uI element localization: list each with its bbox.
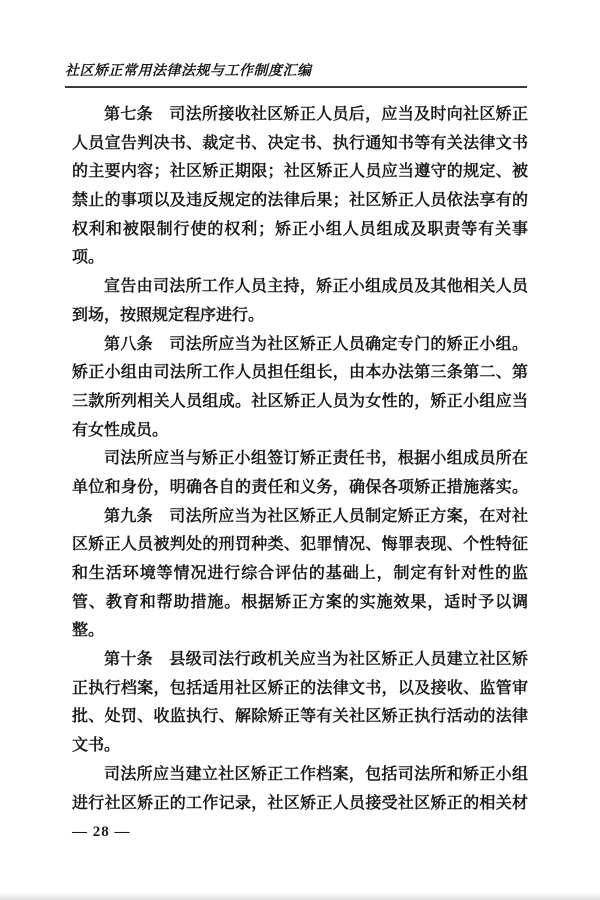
scanned-book-page: 社区矫正常用法律法规与工作制度汇编 第七条 司法所接收社区矫正人员后，应当及时向… <box>0 0 600 900</box>
scan-bottom-edge <box>0 892 600 900</box>
page-header: 社区矫正常用法律法规与工作制度汇编 <box>65 61 527 88</box>
text-line: 批、处罚、收监执行、解除矫正等有关社区矫正执行活动的法律 <box>72 703 528 732</box>
text-line: 第七条 司法所接收社区矫正人员后，应当及时向社区矫正 <box>72 101 528 130</box>
article-number-label: 第九条 <box>104 508 153 525</box>
text-line: 文书。 <box>72 732 528 761</box>
paragraph: 宣告由司法所工作人员主持，矫正小组成员及其他相关人员到场，按照规定程序进行。 <box>72 273 528 330</box>
text-line: 第九条 司法所应当为社区矫正人员制定矫正方案，在对社 <box>72 503 528 532</box>
text-line: 项。 <box>72 244 528 273</box>
text-line: 有女性成员。 <box>72 417 528 446</box>
text-line: 和生活环境等情况进行综合评估的基础上，制定有针对性的监 <box>72 560 528 589</box>
article-number-label: 第十条 <box>104 651 153 668</box>
text-line: 第十条 县级司法行政机关应当为社区矫正人员建立社区矫 <box>72 646 528 675</box>
text-line: 宣告由司法所工作人员主持，矫正小组成员及其他相关人员 <box>72 273 528 302</box>
text-line: 正执行档案，包括适用社区矫正的法律文书，以及接收、监管审 <box>72 675 528 704</box>
document-body: 第七条 司法所接收社区矫正人员后，应当及时向社区矫正人员宣告判决书、裁定书、决定… <box>72 101 528 818</box>
text-line: 区矫正人员被判处的刑罚种类、犯罪情况、悔罪表现、个性特征 <box>72 531 528 560</box>
text-line: 禁止的事项以及违反规定的法律后果；社区矫正人员依法享有的 <box>72 187 528 216</box>
text-line: 到场，按照规定程序进行。 <box>72 302 528 331</box>
article-number-label: 第八条 <box>104 336 153 353</box>
paragraph: 第七条 司法所接收社区矫正人员后，应当及时向社区矫正人员宣告判决书、裁定书、决定… <box>72 101 528 273</box>
paragraph: 第九条 司法所应当为社区矫正人员制定矫正方案，在对社区矫正人员被判处的刑罚种类、… <box>72 503 528 646</box>
paragraph: 第十条 县级司法行政机关应当为社区矫正人员建立社区矫正执行档案，包括适用社区矫正… <box>72 646 528 761</box>
text-line: 权利和被限制行使的权利；矫正小组人员组成及职责等有关事 <box>72 216 528 245</box>
text-line: 司法所应当建立社区矫正工作档案，包括司法所和矫正小组 <box>72 761 528 790</box>
text-line: 第八条 司法所应当为社区矫正人员确定专门的矫正小组。 <box>72 331 528 360</box>
text-line: 矫正小组由司法所工作人员担任组长，由本办法第三条第二、第 <box>72 359 528 388</box>
text-line: 管、教育和帮助措施。根据矫正方案的实施效果，适时予以调 <box>72 589 528 618</box>
running-head-book-title: 社区矫正常用法律法规与工作制度汇编 <box>65 61 527 82</box>
text-line: 的主要内容；社区矫正期限；社区矫正人员应当遵守的规定、被 <box>72 158 528 187</box>
paragraph: 司法所应当与矫正小组签订矫正责任书，根据小组成员所在单位和身份，明确各自的责任和… <box>72 445 528 502</box>
text-line: 单位和身份，明确各自的责任和义务，确保各项矫正措施落实。 <box>72 474 528 503</box>
text-line: 进行社区矫正的工作记录，社区矫正人员接受社区矫正的相关材 <box>72 790 528 819</box>
text-line: 人员宣告判决书、裁定书、决定书、执行通知书等有关法律文书 <box>72 130 528 159</box>
paragraph: 司法所应当建立社区矫正工作档案，包括司法所和矫正小组进行社区矫正的工作记录，社区… <box>72 761 528 818</box>
text-line: 三款所列相关人员组成。社区矫正人员为女性的，矫正小组应当 <box>72 388 528 417</box>
page-number: — 28 — <box>72 823 131 841</box>
article-number-label: 第七条 <box>104 106 153 123</box>
text-line: 整。 <box>72 617 528 646</box>
header-rule-divider <box>65 86 527 88</box>
paragraph: 第八条 司法所应当为社区矫正人员确定专门的矫正小组。矫正小组由司法所工作人员担任… <box>72 331 528 446</box>
text-line: 司法所应当与矫正小组签订矫正责任书，根据小组成员所在 <box>72 445 528 474</box>
